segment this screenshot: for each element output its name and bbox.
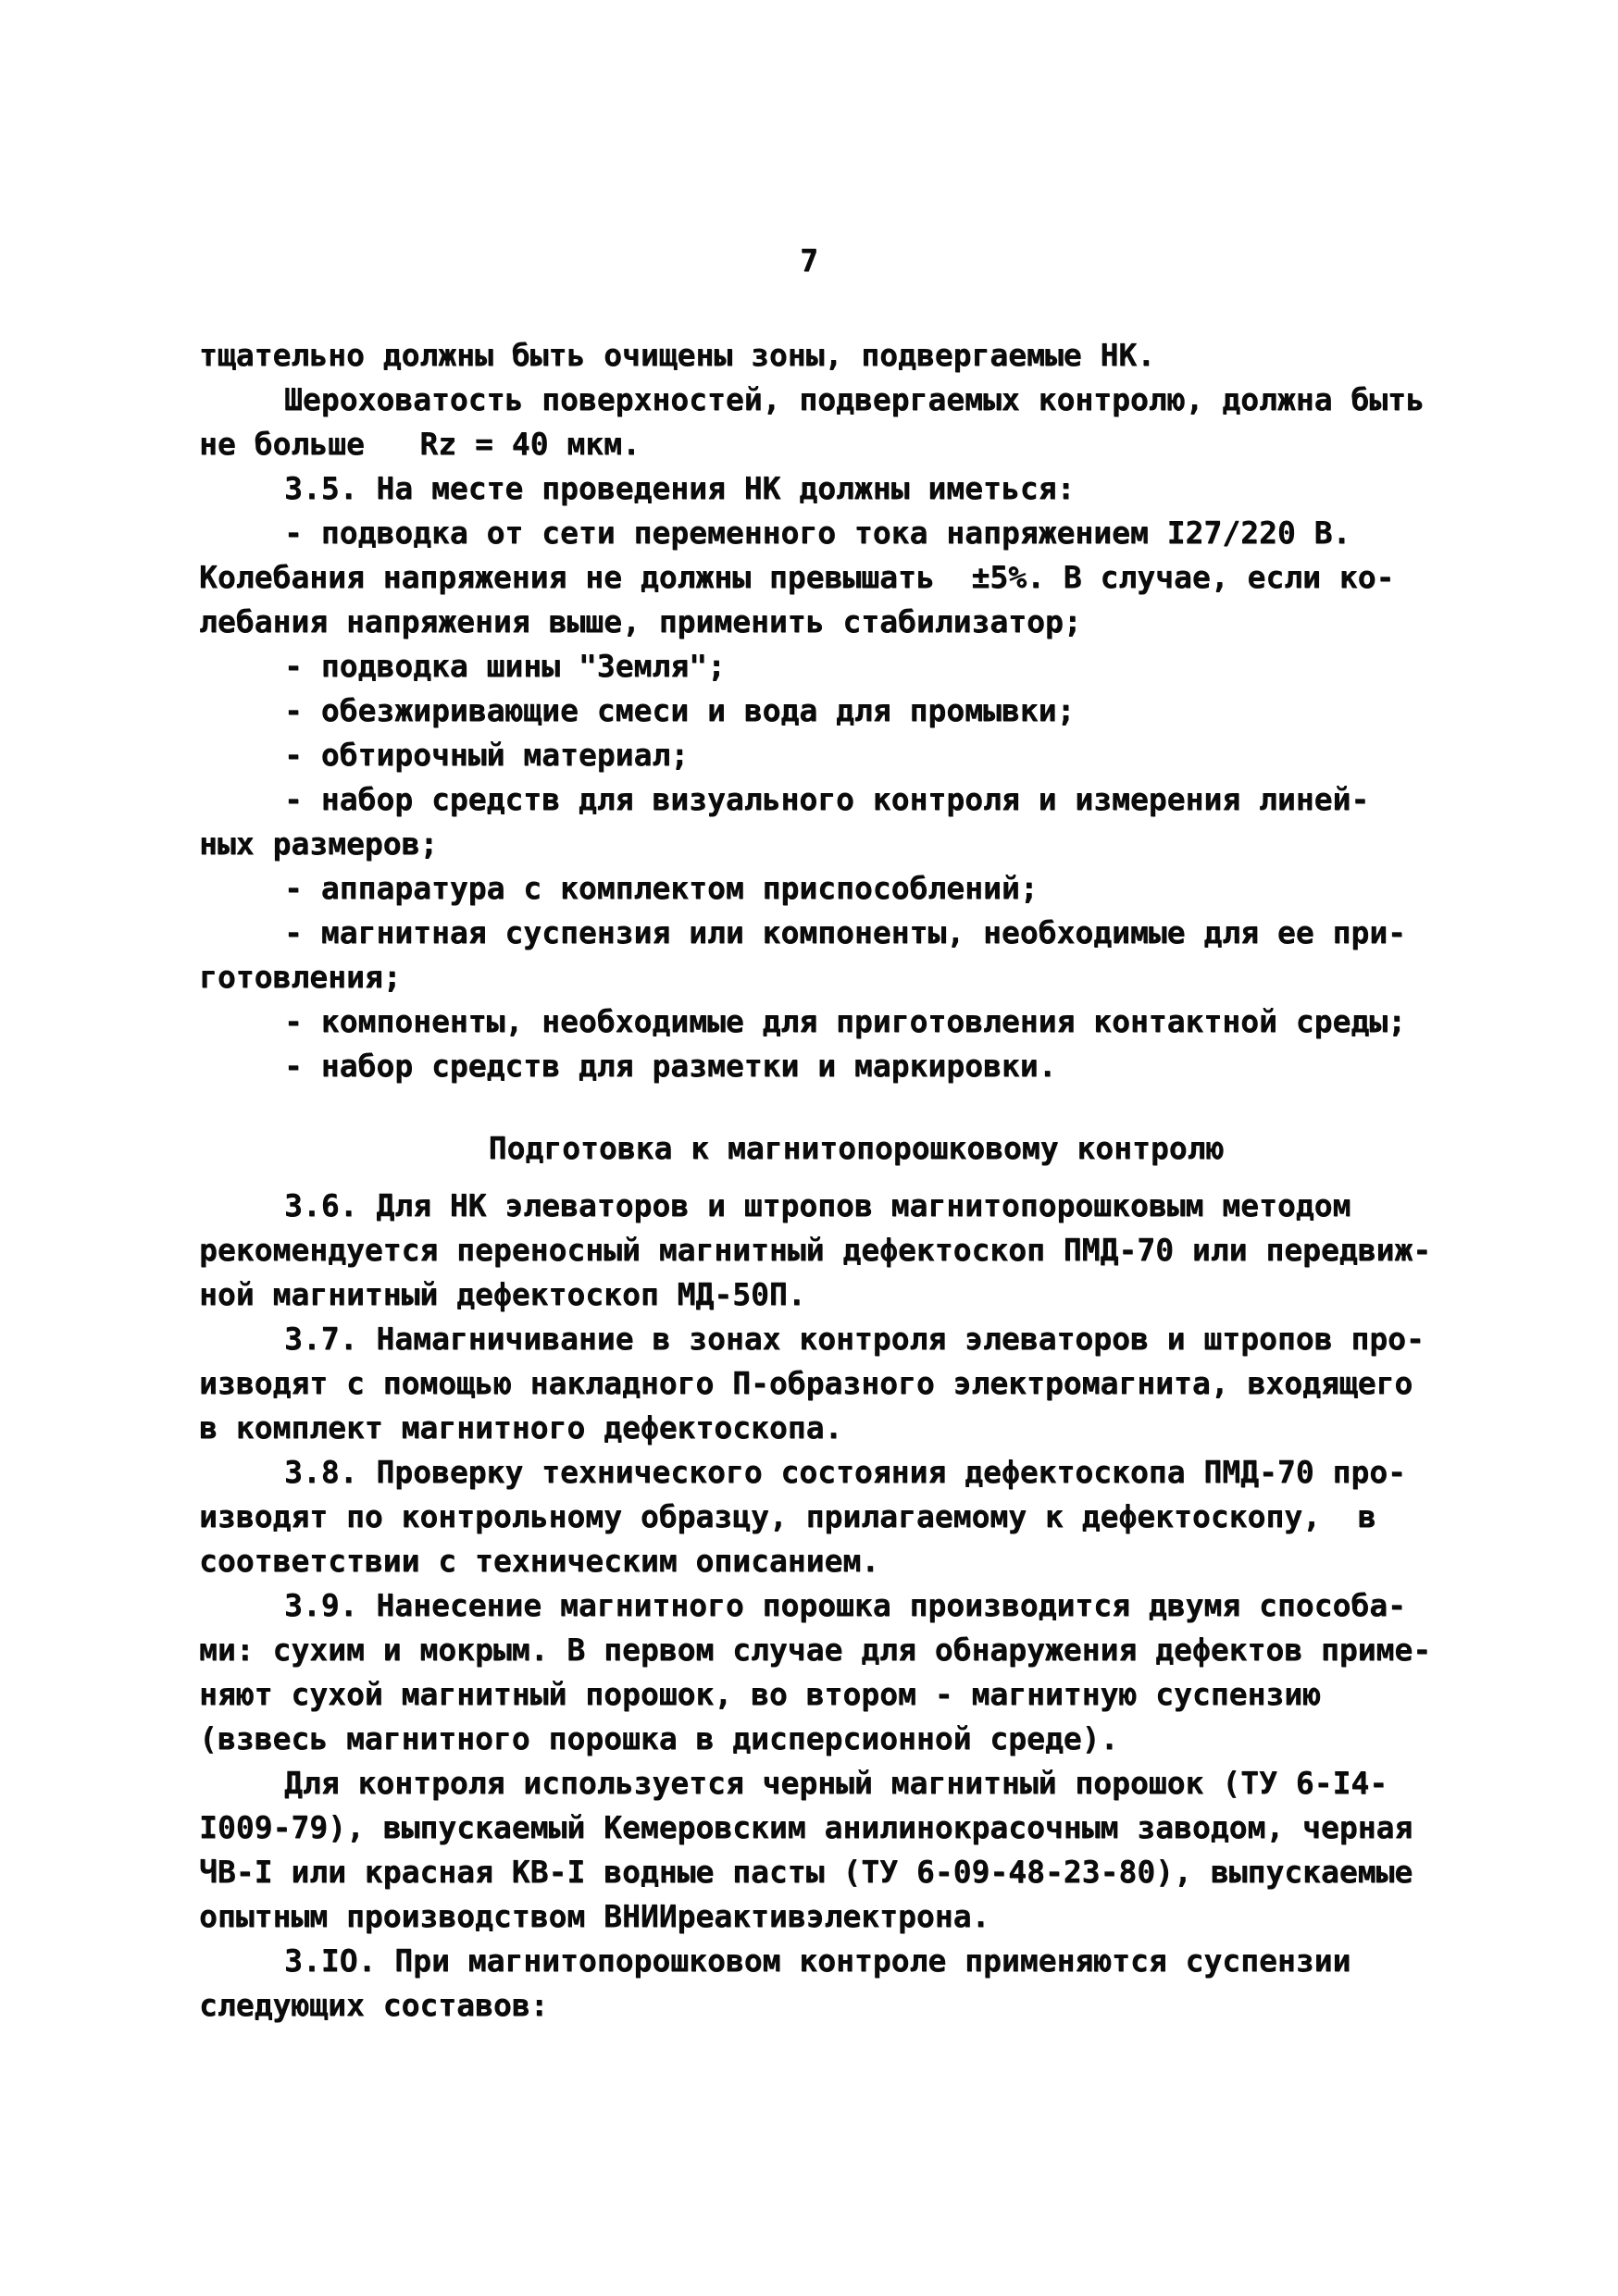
text-line: 3.8. Проверку технического состояния деф… — [199, 1450, 1513, 1495]
text-line: 3.6. Для НК элеваторов и штропов магнито… — [199, 1184, 1513, 1228]
text-line: 3.5. На месте проведения НК должны иметь… — [199, 466, 1513, 511]
text-line: ной магнитный дефектоскоп МД-50П. — [199, 1272, 1513, 1317]
text-line: - обтирочный материал; — [199, 733, 1513, 777]
text-line: тщательно должны быть очищены зоны, подв… — [199, 333, 1513, 378]
text-line: ми: сухим и мокрым. В первом случае для … — [199, 1628, 1513, 1672]
text-line: соответствии с техническим описанием. — [199, 1539, 1513, 1583]
text-line: Колебания напряжения не должны превышать… — [199, 555, 1513, 600]
text-line: изводят с помощью накладного П-образного… — [199, 1361, 1513, 1406]
text-line: не больше Rz = 40 мкм. — [199, 422, 1513, 466]
text-line: рекомендуется переносный магнитный дефек… — [199, 1228, 1513, 1272]
scanned-document-page: 7 тщательно должны быть очищены зоны, по… — [0, 0, 1618, 2296]
text-line: I009-79), выпускаемый Кемеровским анилин… — [199, 1806, 1513, 1850]
text-line: няют сухой магнитный порошок, во втором … — [199, 1672, 1513, 1717]
text-line: ных размеров; — [199, 822, 1513, 866]
text-line: - магнитная суспензия или компоненты, не… — [199, 911, 1513, 955]
text-line: - набор средств для разметки и маркировк… — [199, 1044, 1513, 1088]
text-line: - аппаратура с комплектом приспособлений… — [199, 866, 1513, 911]
text-line: Для контроля используется черный магнитн… — [199, 1761, 1513, 1806]
text-line: ЧВ-I или красная КВ-I водные пасты (ТУ 6… — [199, 1850, 1513, 1894]
text-line: (взвесь магнитного порошка в дисперсионн… — [199, 1717, 1513, 1761]
text-line: готовления; — [199, 955, 1513, 999]
text-line: в комплект магнитного дефектоскопа. — [199, 1406, 1513, 1450]
text-line: - подводка от сети переменного тока напр… — [199, 511, 1513, 555]
text-line: 3.IO. При магнитопорошковом контроле при… — [199, 1939, 1513, 1983]
text-line: опытным производством ВНИИреактивэлектро… — [199, 1894, 1513, 1939]
text-line: лебания напряжения выше, применить стаби… — [199, 600, 1513, 644]
text-line: Шероховатость поверхностей, подвергаемых… — [199, 378, 1513, 422]
page-number: 7 — [0, 242, 1618, 279]
text-line: - компоненты, необходимые для приготовле… — [199, 999, 1513, 1044]
section-heading: Подготовка к магнитопорошковому контролю — [199, 1126, 1513, 1171]
text-line: следующих составов: — [199, 1983, 1513, 2028]
text-line: 3.7. Намагничивание в зонах контроля эле… — [199, 1317, 1513, 1361]
text-line: 3.9. Нанесение магнитного порошка произв… — [199, 1583, 1513, 1628]
text-line: - набор средств для визуального контроля… — [199, 777, 1513, 822]
text-body: тщательно должны быть очищены зоны, подв… — [199, 333, 1513, 2028]
text-line: - обезжиривающие смеси и вода для промыв… — [199, 689, 1513, 733]
text-line: изводят по контрольному образцу, прилага… — [199, 1495, 1513, 1539]
text-line: - подводка шины "Земля"; — [199, 644, 1513, 689]
